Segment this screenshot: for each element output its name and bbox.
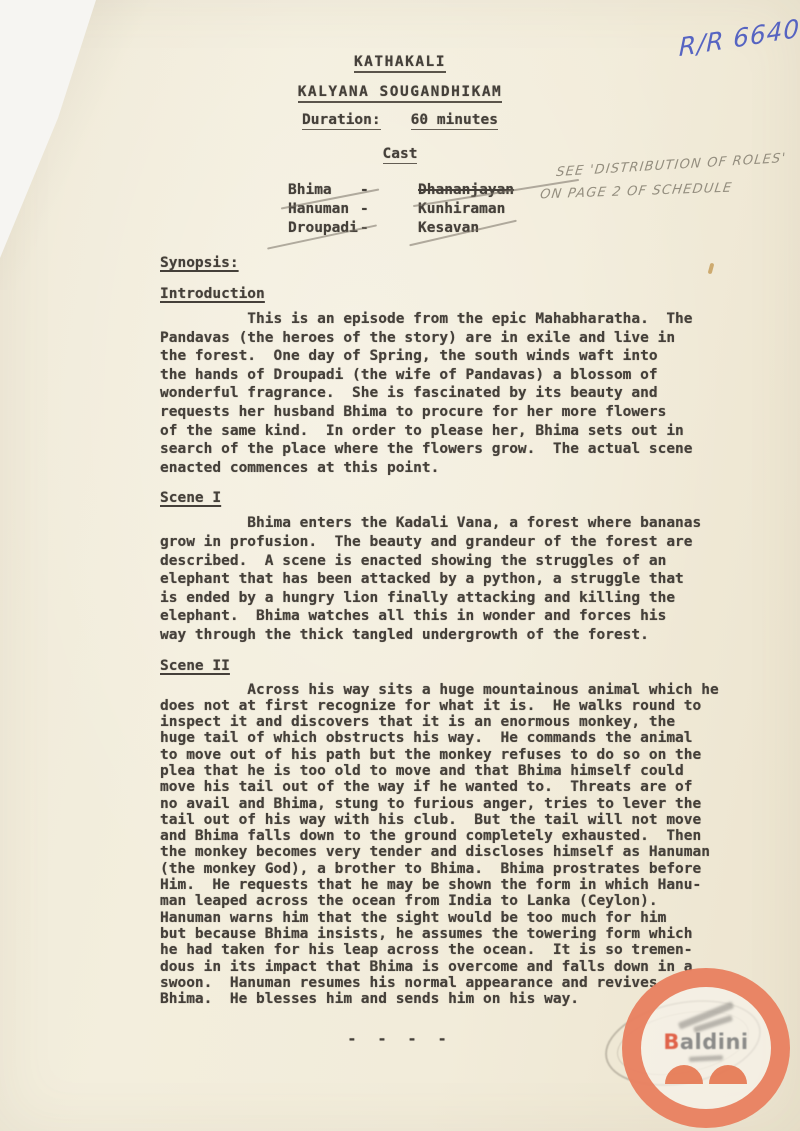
cast-separator: - <box>360 201 418 220</box>
section-heading: Scene I <box>160 490 221 506</box>
open-book-icon <box>665 1065 747 1084</box>
section-paragraph: Across his way sits a huge mountainous a… <box>160 682 760 1008</box>
section-paragraph: This is an episode from the epic Mahabha… <box>160 310 760 477</box>
section-paragraph: Bhima enters the Kadali Vana, a forest w… <box>160 514 760 644</box>
duration-line: Duration:60 minutes <box>0 112 800 130</box>
synopsis-section: Scene I Bhima enters the Kadali Vana, a … <box>160 487 760 644</box>
cast-row: Bhima-Dhananjayan <box>288 182 514 201</box>
document-subtitle: KALYANA SOUGANDHIKAM <box>0 84 800 103</box>
cast-list: Bhima-DhananjayanHanuman-KunhiramanDroup… <box>288 182 514 238</box>
synopsis-sections: Introduction This is an episode from the… <box>160 283 760 1007</box>
synopsis-column: Synopsis: Introduction This is an episod… <box>160 252 760 1017</box>
stamp-smudge <box>689 1055 723 1062</box>
synopsis-section: Introduction This is an episode from the… <box>160 283 760 477</box>
document-title: KATHAKALI <box>0 54 800 73</box>
section-heading: Introduction <box>160 286 265 302</box>
cast-row: Hanuman-Kunhiraman <box>288 201 514 220</box>
synopsis-label: Synopsis: <box>160 255 239 271</box>
scanned-document-page: R/R 6640 KATHAKALI KALYANA SOUGANDHIKAM … <box>0 0 800 1131</box>
cast-separator: - <box>360 220 418 239</box>
synopsis-section: Scene II Across his way sits a huge moun… <box>160 655 760 1008</box>
section-heading: Scene II <box>160 658 230 674</box>
pencil-note-line2: ON PAGE 2 OF SCHEDULE <box>539 181 733 203</box>
book-arch-right <box>709 1065 747 1084</box>
baldini-ring-stamp: Baldini <box>622 968 790 1128</box>
duration-value: 60 minutes <box>411 112 498 130</box>
stamp-brand-text: Baldini <box>663 1030 748 1054</box>
page-content: R/R 6640 KATHAKALI KALYANA SOUGANDHIKAM … <box>0 0 800 1131</box>
book-arch-left <box>665 1065 703 1084</box>
duration-label: Duration: <box>302 112 381 130</box>
